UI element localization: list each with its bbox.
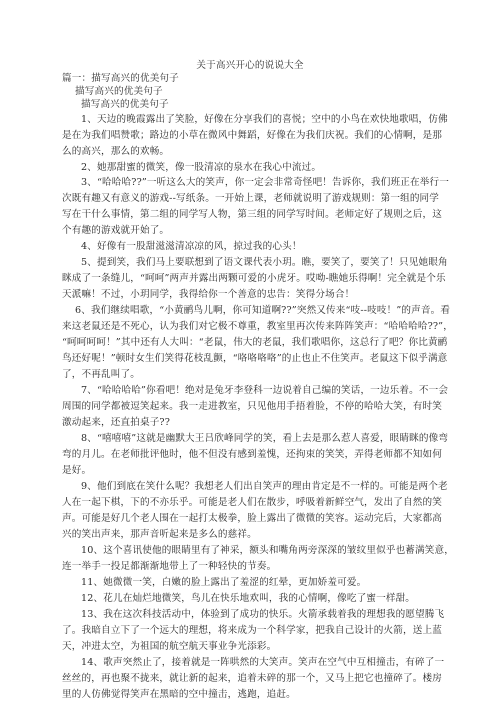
paragraph-line: 激动起来，还直拍桌子?? (62, 417, 170, 429)
paragraph-line: 9、他们到底在笑什么呢？我想老人们出自笑声的理由肯定是不一样的。可能是两个老 (81, 481, 432, 493)
section-heading: 篇一：描写高兴的优美句子 (62, 73, 179, 85)
paragraph-line: 了，不再乱叫了。 (62, 369, 140, 381)
paragraph-line: 连一举手一投足都渐渐地带上了一种轻快的节奏。 (62, 561, 276, 573)
paragraph-line: 丝丝的，再也聚不拢来，就让新的起来，追着未碎的那一个，又马上把它也撞碎了。楼房 (62, 673, 432, 685)
paragraph-line: 3、“哈哈哈??”一听这么大的笑声，你一定会非常奇怪吧！告诉你，我们班正在举行一 (81, 177, 432, 189)
paragraph-line: 声。可能是好几个老人围在一起打太极拳，脸上露出了微微的笑容。运动完后，大家都高 (62, 513, 432, 525)
paragraph-line: 写在干什么事情，第二组的同学写人物，第三组的同学写时间。老师定好了规则之后，这 (62, 209, 432, 221)
paragraph-line: 4、好像有一股甜滋滋清凉凉的风，掠过我的心头！ (81, 241, 302, 253)
paragraph-line: 天，冲进太空，为祖国的航空航天事业争光添彩。 (62, 641, 276, 653)
paragraph-line: 了。我暗自立下了一个远大的理想，将来成为一个科学家，把我自己设计的火箭，送上蓝 (62, 625, 432, 637)
paragraph-line: 次既有趣又有意义的游戏--写纸条。一开始上课，老师就说明了游戏规则：第一组的同学 (62, 193, 432, 205)
paragraph-line: 6、我们继续唱歌，“小黄鹂鸟儿啊，你可知道啊??”突然又传来“吱--吱吱！”的声… (75, 305, 432, 317)
paragraph-line: “呵呵呵呵！”其中还有人大叫：“老鼠，伟大的老鼠，我们歌唱你，这总行了吧？你比黄… (62, 337, 432, 349)
paragraph-line: 13、我在这次科技活动中，体验到了成功的快乐。火箭承载着我的理想我的愿望腾飞 (81, 609, 432, 621)
paragraph-line: 是好。 (62, 465, 91, 477)
paragraph-line: 眯成了一条缝儿，“呵呵”两声并露出两颗可爱的小虎牙。哎呦-瞧她乐得啊！完全就是个… (62, 273, 432, 285)
paragraph-line: 10、这个喜讯使他的眼睛里有了神采，额头和嘴角两旁深深的皱纹里似乎也蓄满笑意， (81, 545, 432, 557)
paragraph-line: 是在为我们唱赞歌；路边的小草在微风中舞蹈，好像在为我们庆祝。我们的心情啊，是那 (62, 130, 432, 142)
paragraph-line: 周围的同学都被逗笑起来。我一走进教室，只见他用手捂着脸，不停的哈哈大笑，有时笑 (62, 401, 432, 413)
paragraph-line: 7、“哈哈哈哈”你看吧！绝对是兔牙李登科一边说着自己编的笑话，一边乐着。不一会 (81, 385, 432, 397)
paragraph-line: 么的高兴，那么的欢畅。 (62, 146, 169, 158)
paragraph-line: 来这老鼠还是不死心，认为我们对它极不尊重，教室里再次传来阵阵笑声：“哈哈哈哈??… (62, 321, 432, 333)
paragraph-line: 5、提到笑，我们马上要联想到了语文课代表小玥。瞧，要笑了，要笑了！只见她眼角 (81, 257, 432, 269)
paragraph-line: 天派嘛！不过，小玥同学，我得给你一个善意的忠告：笑得分场合！ (62, 289, 354, 301)
paragraph-line: 鸟还好呢！”顿时女生们笑得花枝乱颤，“咯咯咯咯”的止也止不住笑声。老鼠这下似乎满… (62, 353, 432, 365)
sub-heading: 描写高兴的优美句子 (75, 86, 163, 98)
sub-heading: 描写高兴的优美句子 (81, 99, 169, 111)
paragraph-line: 8、“嘻嘻嘻”这就是幽默大王吕欣峰同学的笑，看上去是那么惹人喜爱，眼睛眯的像弯 (81, 433, 432, 445)
paragraph-line: 1、天边的晚霞露出了笑脸，好像在分享我们的喜悦；空中的小鸟在欢快地歌唱，仿佛 (62, 114, 432, 126)
paragraph-line: 2、她那甜蜜的微笑，像一股清凉的泉水在我心中流过。 (81, 162, 321, 174)
paragraph-line: 14、歌声突然止了，接着就是一阵哄然的大笑声。笑声在空气中互相撞击，有碎了一 (81, 657, 432, 669)
paragraph-line: 个有趣的游戏就开始了。 (62, 225, 169, 237)
paragraph-line: 兴的笑出声来，那声音听起来是多么的慈祥。 (62, 529, 257, 541)
paragraph-line: 里的人仿佛觉得笑声在黑暗的空中撞击，逃跑，追赶。 (62, 689, 296, 701)
document-page: 关于高兴开心的说说大全 篇一：描写高兴的优美句子 描写高兴的优美句子 描写高兴的… (0, 0, 500, 708)
paragraph-line: 人在一起下棋，下的不亦乐乎。可能是老人们在散步，呼吸着新鲜空气，发出了自然的笑 (62, 497, 432, 509)
paragraph-line: 弯的月儿。在老师批评他时，他不但没有感到羞愧，还拘束的笑笑，弄得老师都不知如何 (62, 449, 432, 461)
document-title: 关于高兴开心的说说大全 (0, 60, 500, 72)
paragraph-line: 11、她微微一笑，白嫩的脸上露出了羞涩的红晕，更加娇羞可爱。 (81, 577, 366, 589)
paragraph-line: 12、花儿在灿烂地微笑，鸟儿在快乐地欢叫，我的心情啊，像吃了蜜一样甜。 (81, 593, 415, 605)
